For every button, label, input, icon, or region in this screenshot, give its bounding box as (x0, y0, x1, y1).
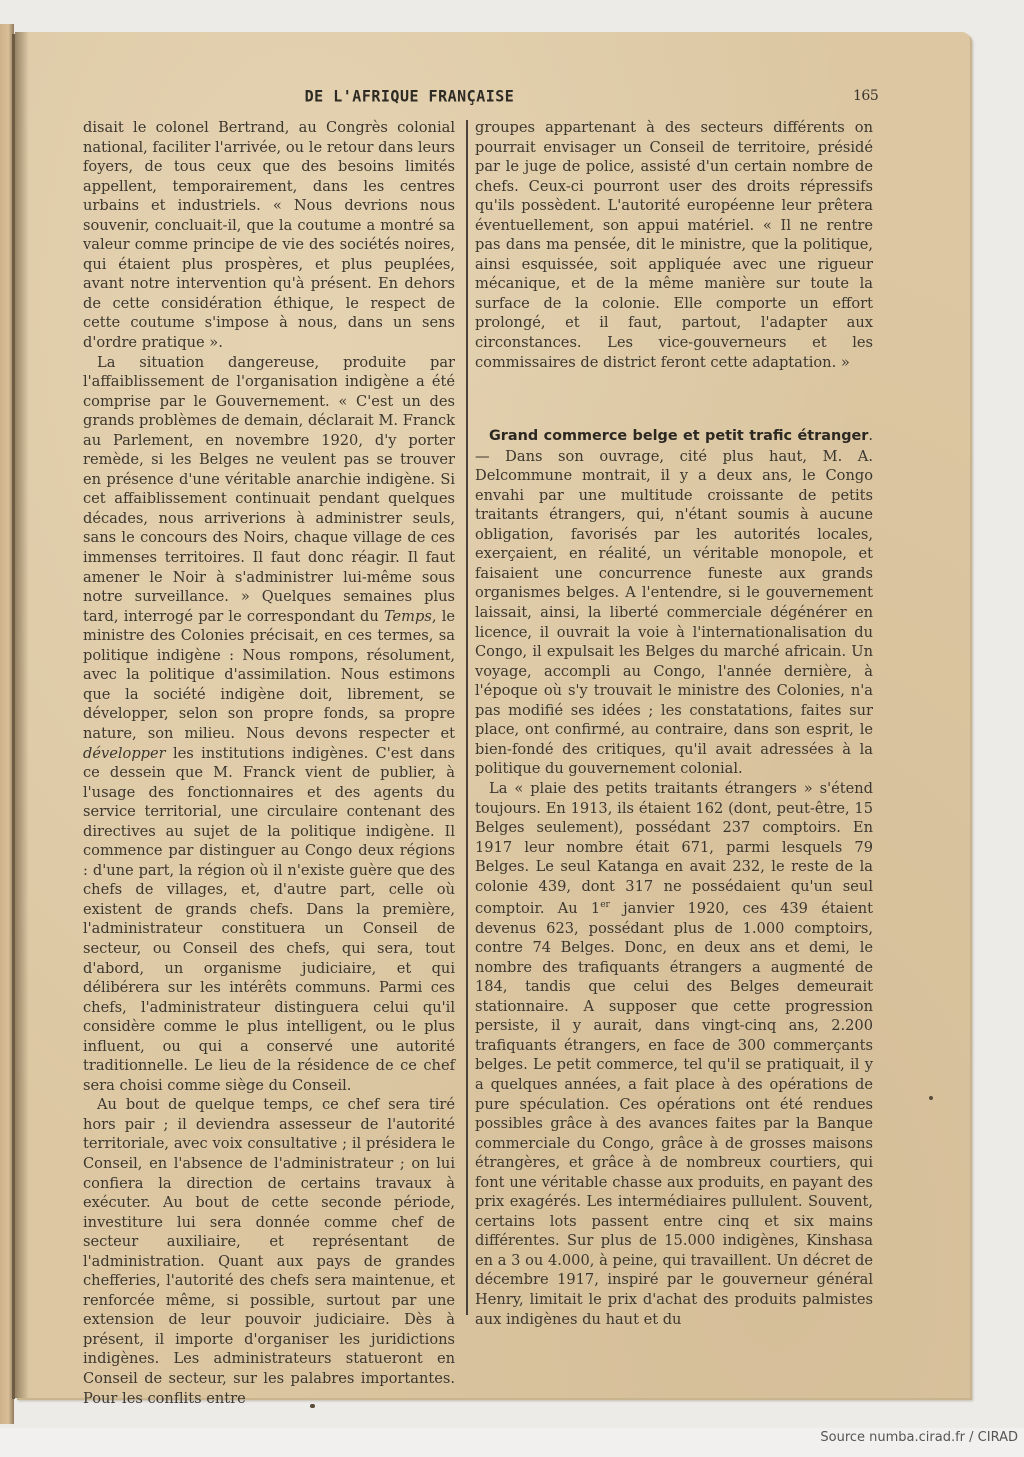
italic-text: Temps (384, 608, 432, 625)
paragraph: La situation dangereuse, produite par l'… (83, 353, 455, 1096)
paragraph: groupes appartenant à des secteurs diffé… (475, 118, 873, 372)
superscript: er (600, 900, 610, 910)
text-run: La situation dangereuse, produite par l'… (83, 354, 455, 625)
running-title: DE L'AFRIQUE FRANÇAISE (0, 87, 887, 106)
italic-text: développer (83, 745, 166, 762)
right-column: groupes appartenant à des secteurs diffé… (475, 118, 873, 1329)
paragraph: disait le colonel Bertrand, au Congrès c… (83, 118, 455, 353)
gutter-shadow (15, 32, 29, 1398)
text-run: La « plaie des petits traitants étranger… (475, 780, 873, 917)
paragraph: La « plaie des petits traitants étranger… (475, 779, 873, 1329)
ink-speck (929, 1096, 933, 1100)
page-number: 165 (853, 88, 878, 104)
paragraph: Au bout de quelque temps, ce chef sera t… (83, 1095, 455, 1408)
column-divider (466, 120, 468, 1315)
document-page: DE L'AFRIQUE FRANÇAISE 165 disait le col… (15, 32, 970, 1398)
text-run: janvier 1920, ces 439 étaient devenus 62… (475, 900, 873, 1327)
source-credit: Source numba.cirad.fr / CIRAD (820, 1430, 1018, 1445)
text-run: . — Dans son ouvrage, cité plus haut, M.… (475, 427, 873, 777)
text-run: les institutions indigènes. C'est dans c… (83, 745, 455, 1094)
text-run: , le ministre des Colonies précisait, en… (83, 608, 455, 742)
ink-speck (310, 1404, 315, 1408)
section-title: Grand commerce belge et petit trafic étr… (489, 428, 868, 444)
section-paragraph: Grand commerce belge et petit trafic étr… (475, 426, 873, 779)
left-column: disait le colonel Bertrand, au Congrès c… (83, 118, 455, 1408)
